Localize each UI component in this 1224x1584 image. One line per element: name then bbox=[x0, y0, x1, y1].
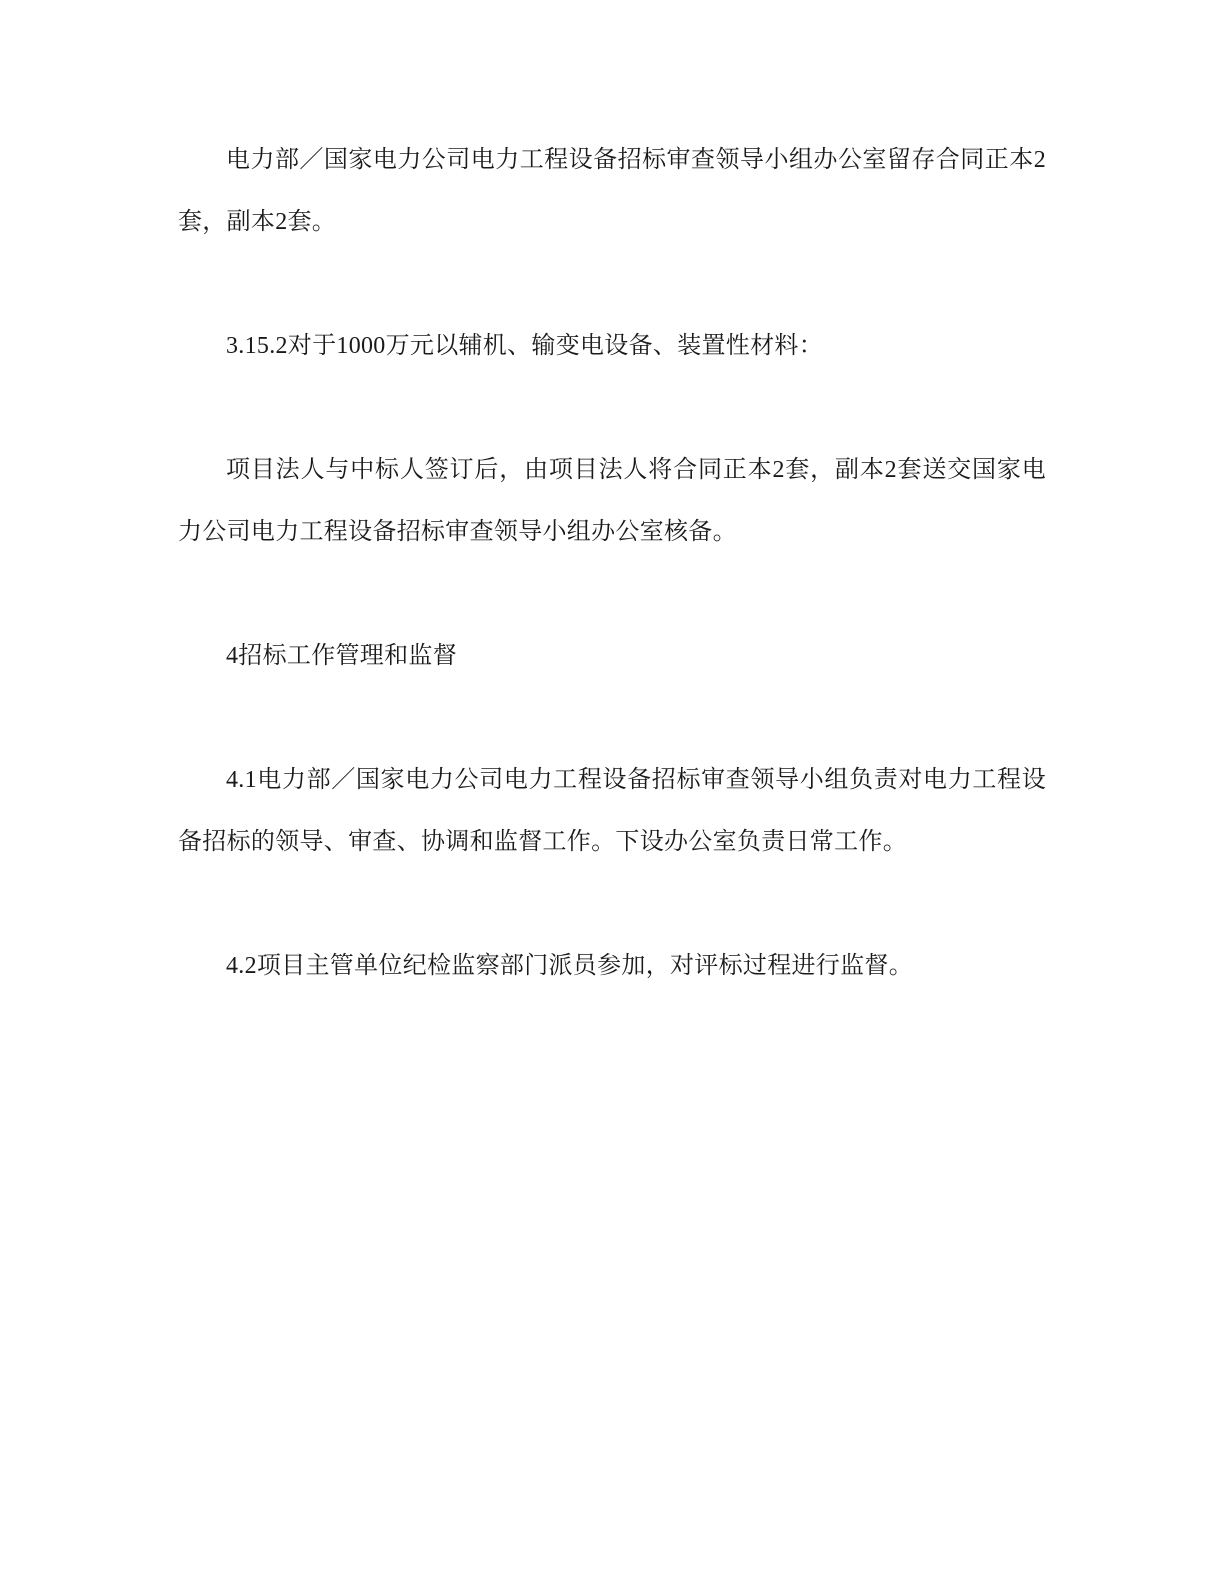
paragraph-clause-4-1: 4.1电力部／国家电力公司电力工程设备招标审查领导小组负责对电力工程设备招标的领… bbox=[178, 749, 1046, 873]
paragraph-contract-retention: 电力部／国家电力公司电力工程设备招标审查领导小组办公室留存合同正本2套，副本2套… bbox=[178, 129, 1046, 253]
paragraph-clause-4-2: 4.2项目主管单位纪检监察部门派员参加，对评标过程进行监督。 bbox=[178, 935, 1046, 997]
paragraph-section-4-heading: 4招标工作管理和监督 bbox=[178, 625, 1046, 687]
paragraph-contract-submission: 项目法人与中标人签订后，由项目法人将合同正本2套，副本2套送交国家电力公司电力工… bbox=[178, 439, 1046, 563]
document-page: 电力部／国家电力公司电力工程设备招标审查领导小组办公室留存合同正本2套，副本2套… bbox=[0, 0, 1224, 1584]
document-body: 电力部／国家电力公司电力工程设备招标审查领导小组办公室留存合同正本2套，副本2套… bbox=[178, 129, 1046, 997]
paragraph-clause-3-15-2: 3.15.2对于1000万元以辅机、输变电设备、装置性材料： bbox=[178, 315, 1046, 377]
